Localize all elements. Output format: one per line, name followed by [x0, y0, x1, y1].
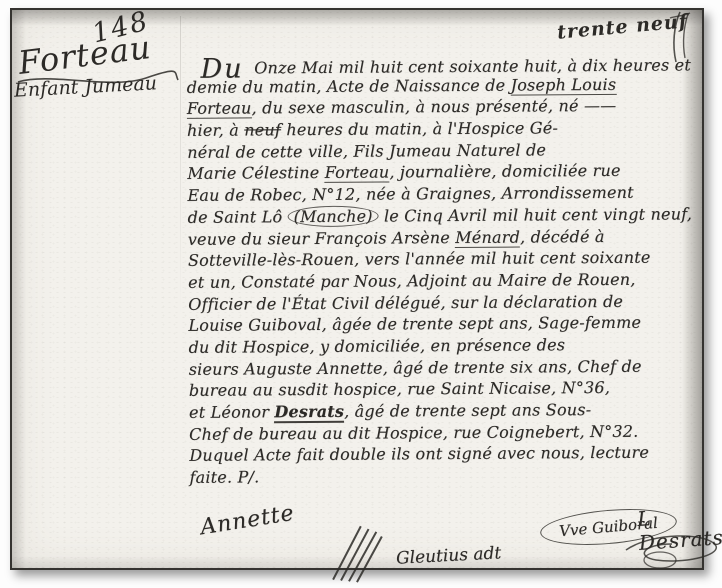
body-text: néral de cette ville, Fils Jumeau Nature…: [187, 140, 546, 162]
scan-page: 148 Forteau Enfant Jumeau trente neuf Du…: [0, 0, 722, 588]
body-text: heures du matin, à l'Hospice Gé-: [281, 118, 558, 139]
body-text: Chef de bureau au dit Hospice, rue Coign…: [189, 421, 638, 443]
body-text: Officier de l'État Civil délégué, sur la…: [188, 291, 623, 313]
corner-paraph-icon: [660, 10, 694, 65]
body-text: demie du matin, Acte de Naissance de: [187, 75, 511, 96]
body-text: sieurs Auguste Annette, âgé de trente si…: [189, 356, 642, 378]
underlined-name: Forteau: [187, 99, 252, 119]
body-text: le Cinq Avril mil huit cent vingt neuf,: [379, 204, 693, 225]
body-text: , journalière, domiciliée rue: [389, 161, 620, 182]
body-line: faite. P/.: [189, 464, 722, 489]
signature-adjoint: Gleutius adt: [396, 543, 502, 568]
body-text: du dit Hospice, y domiciliée, en présenc…: [188, 335, 565, 357]
body-text: veuve du sieur François Arsène: [188, 227, 456, 248]
underlined-name: Forteau: [325, 163, 390, 183]
body-text: Marie Célestine: [187, 163, 324, 183]
signature-desrats: L Desrats: [636, 501, 722, 555]
body-text: , âgé de trente sept ans Sous-: [344, 400, 591, 421]
body-text: , du sexe masculin, à nous présenté, né …: [251, 96, 616, 118]
document-scan: 148 Forteau Enfant Jumeau trente neuf Du…: [10, 8, 704, 570]
underlined-name: Ménard: [455, 227, 520, 247]
body-text: neuf: [244, 120, 281, 139]
act-body: Du Onze Mai mil huit cent soixante huit,…: [186, 52, 722, 489]
hatch-flourish-icon: [325, 519, 389, 587]
body-line: Du Onze Mai mil huit cent soixante huit,…: [186, 52, 720, 77]
body-text: faite. P/.: [189, 467, 259, 486]
body-text: Louise Guiboval, âgée de trente sept ans…: [188, 313, 641, 335]
body-text: de Saint Lô: [188, 207, 288, 227]
circled-word: (Manche): [288, 205, 379, 227]
signature-annette: Annette: [199, 501, 297, 541]
margin-crease-line: [180, 16, 181, 316]
body-text: Duquel Acte fait double ils ont signé av…: [189, 443, 649, 465]
body-text: hier, à: [187, 121, 244, 140]
body-text: Onze Mai mil huit cent soixante huit, à …: [254, 55, 691, 77]
body-text: et Léonor: [189, 402, 275, 422]
body-text: , décédé à: [520, 226, 605, 246]
underlined-name: Joseph Louis: [510, 75, 616, 96]
body-text: bureau au susdit hospice, rue Saint Nica…: [189, 378, 610, 400]
body-text: et un, Constaté par Nous, Adjoint au Mai…: [188, 270, 636, 292]
underlined-name: Desrats: [274, 402, 344, 423]
body-text: Sotteville-lès-Rouen, vers l'année mil h…: [188, 248, 651, 270]
body-text: Eau de Robec, N°12, née à Graignes, Arro…: [187, 183, 633, 205]
